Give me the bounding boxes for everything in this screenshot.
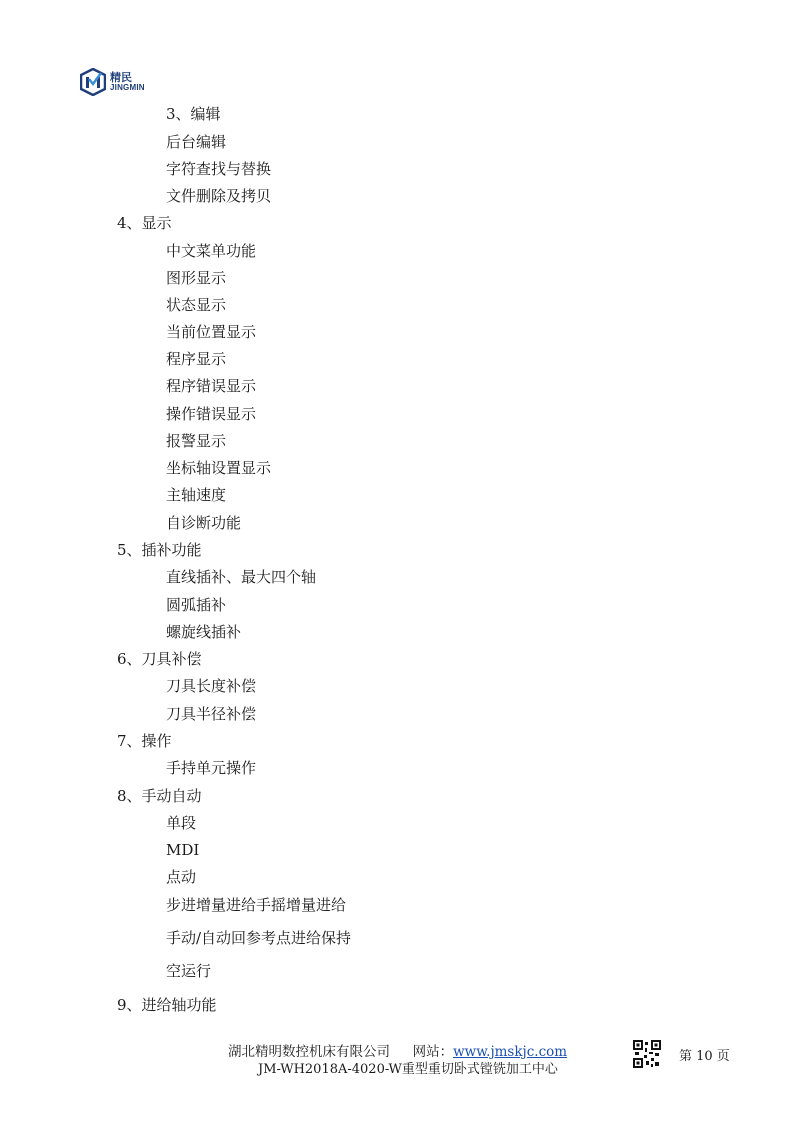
list-item: 手持单元操作 <box>166 759 256 777</box>
company-logo: 精民 JINGMIN <box>80 68 145 96</box>
list-item: 程序显示 <box>166 350 226 368</box>
list-item: 圆弧插补 <box>166 596 226 614</box>
list-item: 直线插补、最大四个轴 <box>166 568 316 586</box>
section-heading: 6、刀具补偿 <box>117 650 202 668</box>
list-item: 自诊断功能 <box>166 514 241 532</box>
section-heading: 9、进给轴功能 <box>117 996 217 1014</box>
list-item: 刀具半径补偿 <box>166 705 256 723</box>
list-item: MDI <box>166 841 199 859</box>
section-heading: 7、操作 <box>117 732 172 750</box>
list-item: 当前位置显示 <box>166 323 256 341</box>
qr-code-icon <box>633 1040 661 1068</box>
list-item: 点动 <box>166 868 196 886</box>
section-heading: 4、显示 <box>117 214 172 232</box>
logo-english-name: JINGMIN <box>110 84 145 92</box>
section-heading: 5、插补功能 <box>117 541 202 559</box>
footer-company-line: 湖北精明数控机床有限公司 网站：www.jmskjc.com <box>228 1040 567 1060</box>
list-item: 报警显示 <box>166 432 226 450</box>
list-item: 中文菜单功能 <box>166 242 256 260</box>
list-item: 3、编辑 <box>166 105 221 123</box>
list-item: 字符查找与替换 <box>166 160 271 178</box>
list-item: 坐标轴设置显示 <box>166 459 271 477</box>
list-item: 图形显示 <box>166 269 226 287</box>
footer-model-name: JM-WH2018A-4020-W重型重切卧式镗铣加工中心 <box>258 1058 558 1077</box>
list-item: 后台编辑 <box>166 133 226 151</box>
list-item: 空运行 <box>166 962 211 980</box>
logo-chinese-name: 精民 <box>110 72 145 83</box>
section-heading: 8、手动自动 <box>117 787 202 805</box>
list-item: 程序错误显示 <box>166 377 256 395</box>
list-item: 刀具长度补偿 <box>166 677 256 695</box>
page-number: 第 10 页 <box>679 1045 730 1064</box>
list-item: 单段 <box>166 814 196 832</box>
jingmin-logo-icon <box>80 68 106 96</box>
list-item: 操作错误显示 <box>166 405 256 423</box>
list-item: 文件删除及拷贝 <box>166 187 271 205</box>
list-item: 状态显示 <box>166 296 226 314</box>
list-item: 螺旋线插补 <box>166 623 241 641</box>
list-item: 手动/自动回参考点进给保持 <box>166 929 351 947</box>
list-item: 主轴速度 <box>166 486 226 504</box>
list-item: 步进增量进给手摇增量进给 <box>166 896 346 914</box>
